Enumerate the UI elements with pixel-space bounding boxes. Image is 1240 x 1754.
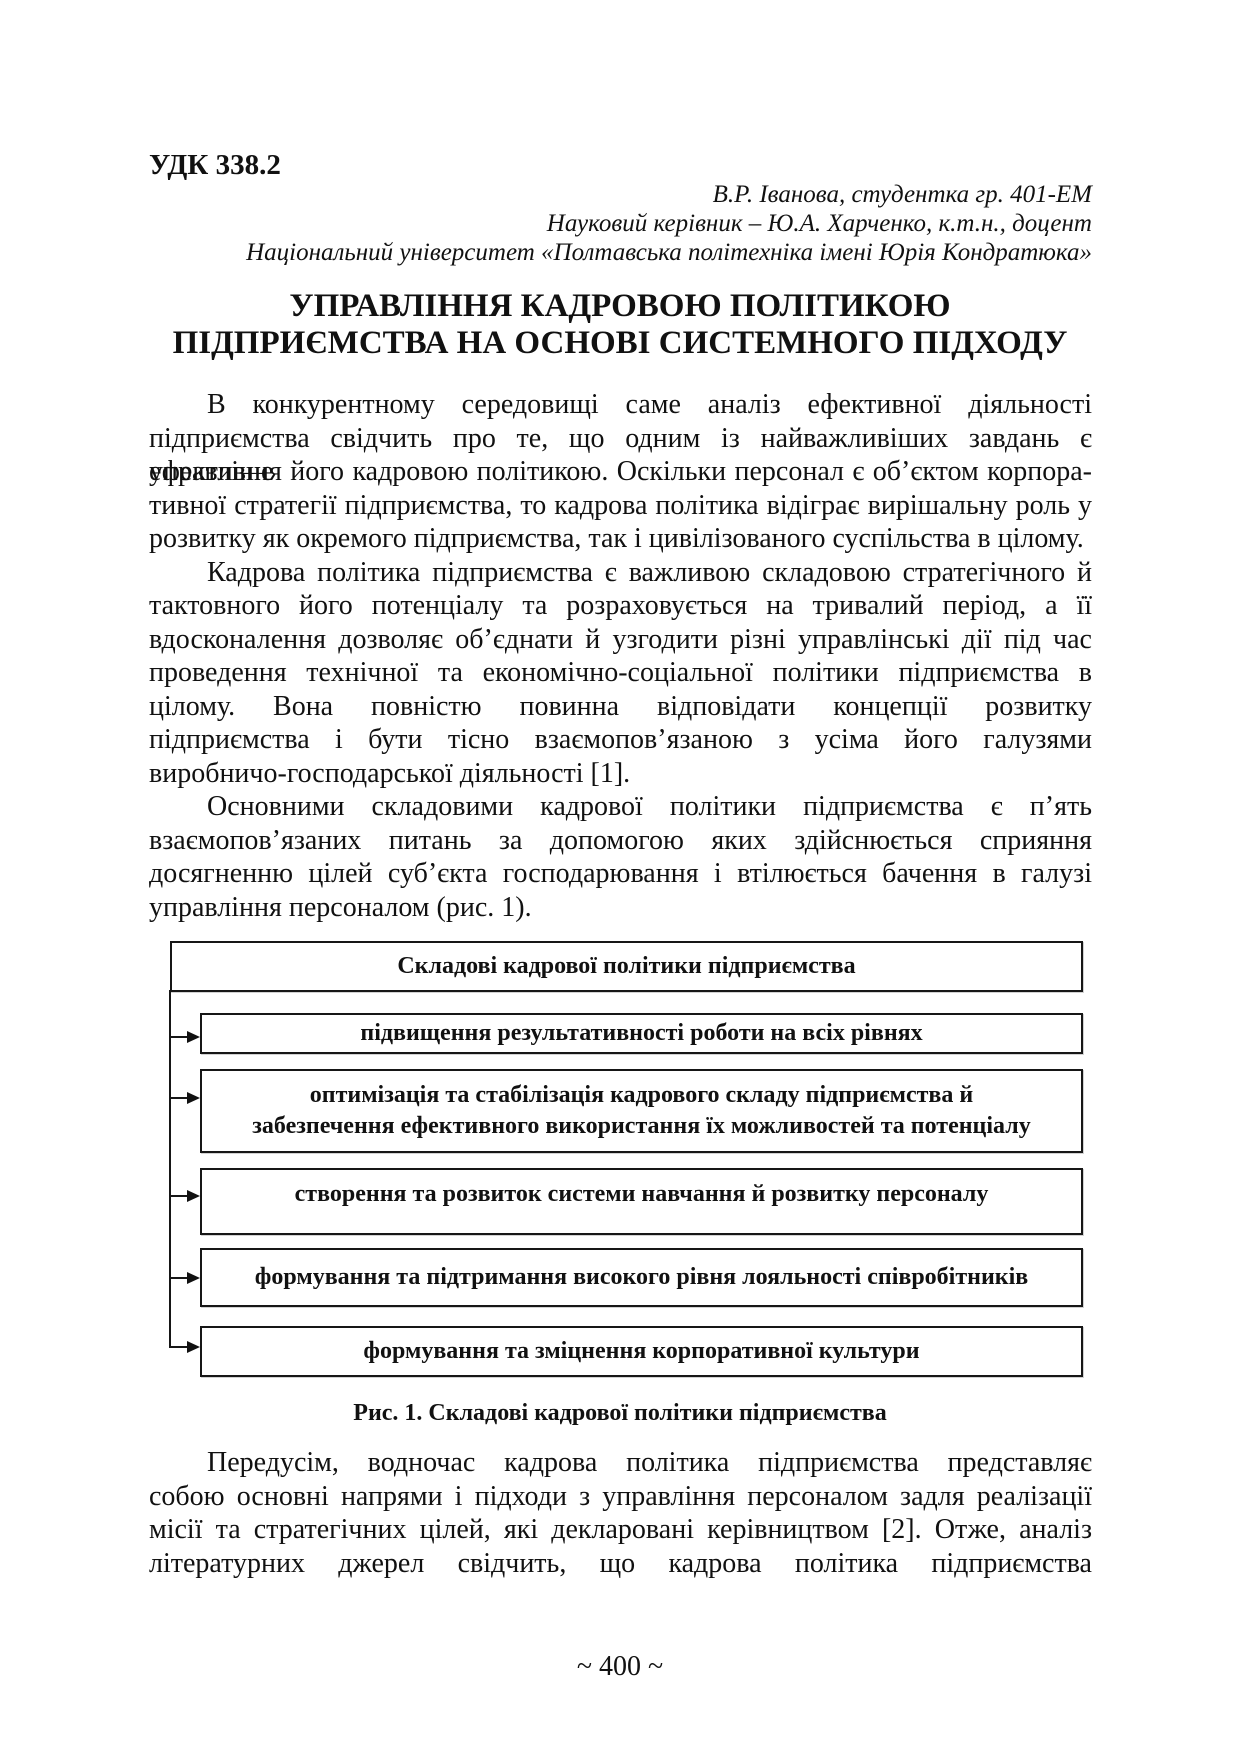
arrow-head-icon bbox=[187, 1031, 200, 1353]
diagram-item-box: оптимізація та стабілізація кадрового ск… bbox=[200, 1069, 1083, 1153]
text-line: взаємопов’язаних питань за допомогою яки… bbox=[149, 824, 1092, 858]
text-line: виробничо-господарської діяльності [1]. bbox=[149, 757, 1092, 791]
paragraph-3: Основними складовими кадрової політики п… bbox=[149, 790, 1092, 924]
diagram-item-box: формування та підтримання високого рівня… bbox=[200, 1248, 1083, 1307]
text-line: проведення технічної та економічно-соціа… bbox=[149, 656, 1092, 690]
text-line: Передусім, водночас кадрова політика під… bbox=[149, 1446, 1092, 1480]
page-number: ~ 400 ~ bbox=[0, 1650, 1240, 1684]
text-line: тивної стратегії підприємства, то кадров… bbox=[149, 489, 1092, 523]
text-line: В конкурентному середовищі саме аналіз е… bbox=[149, 388, 1092, 422]
title-line: УПРАВЛІННЯ КАДРОВОЮ ПОЛІТИКОЮ bbox=[0, 288, 1240, 325]
diagram-item-box: формування та зміцнення корпоративної ку… bbox=[200, 1326, 1083, 1377]
diagram-item-box: підвищення результативності роботи на вс… bbox=[200, 1013, 1083, 1054]
udk-code: УДК 338.2 bbox=[149, 148, 281, 182]
text-line: управління персоналом (рис. 1). bbox=[149, 891, 1092, 925]
text-line: місії та стратегічних цілей, які декларо… bbox=[149, 1513, 1092, 1547]
text-line: підприємства і бути тісно взаємопов’язан… bbox=[149, 723, 1092, 757]
university: Національний університет «Полтавська пол… bbox=[246, 238, 1092, 267]
paragraph-1: В конкурентному середовищі саме аналіз е… bbox=[149, 388, 1092, 556]
supervisor: Науковий керівник – Ю.А. Харченко, к.т.н… bbox=[246, 209, 1092, 238]
text-line: тактовного його потенціалу та розраховує… bbox=[149, 589, 1092, 623]
paragraph-2: Кадрова політика підприємства є важливою… bbox=[149, 556, 1092, 791]
diagram-header-box: Складові кадрової політики підприємства bbox=[170, 941, 1083, 992]
paper-title: УПРАВЛІННЯ КАДРОВОЮ ПОЛІТИКОЮ ПІДПРИЄМСТ… bbox=[0, 288, 1240, 362]
text-line: Основними складовими кадрової політики п… bbox=[149, 790, 1092, 824]
text-line: Кадрова політика підприємства є важливою… bbox=[149, 556, 1092, 590]
text-line: собою основні напрями і підходи з управл… bbox=[149, 1480, 1092, 1514]
text-line: підприємства свідчить про те, що одним і… bbox=[149, 422, 1092, 456]
paragraph-4: Передусім, водночас кадрова політика під… bbox=[149, 1446, 1092, 1580]
author-name: В.Р. Іванова, студентка гр. 401-ЕМ bbox=[246, 180, 1092, 209]
text-line: розвитку як окремого підприємства, так і… bbox=[149, 522, 1092, 556]
title-line: ПІДПРИЄМСТВА НА ОСНОВІ СИСТЕМНОГО ПІДХОД… bbox=[0, 325, 1240, 362]
diagram-item-box: створення та розвиток системи навчання й… bbox=[200, 1168, 1083, 1235]
text-line: літературних джерел свідчить, що кадрова… bbox=[149, 1547, 1092, 1581]
text-line: управління його кадровою політикою. Оскі… bbox=[149, 455, 1092, 489]
figure-caption: Рис. 1. Складові кадрової політики підпр… bbox=[0, 1399, 1240, 1427]
author-block: В.Р. Іванова, студентка гр. 401-ЕМ Науко… bbox=[246, 180, 1092, 267]
text-line: вдосконалення дозволяє об’єднати й узгод… bbox=[149, 623, 1092, 657]
text-line: цілому. Вона повністю повинна відповідат… bbox=[149, 690, 1092, 724]
text-line: досягненню цілей суб’єкта господарювання… bbox=[149, 857, 1092, 891]
